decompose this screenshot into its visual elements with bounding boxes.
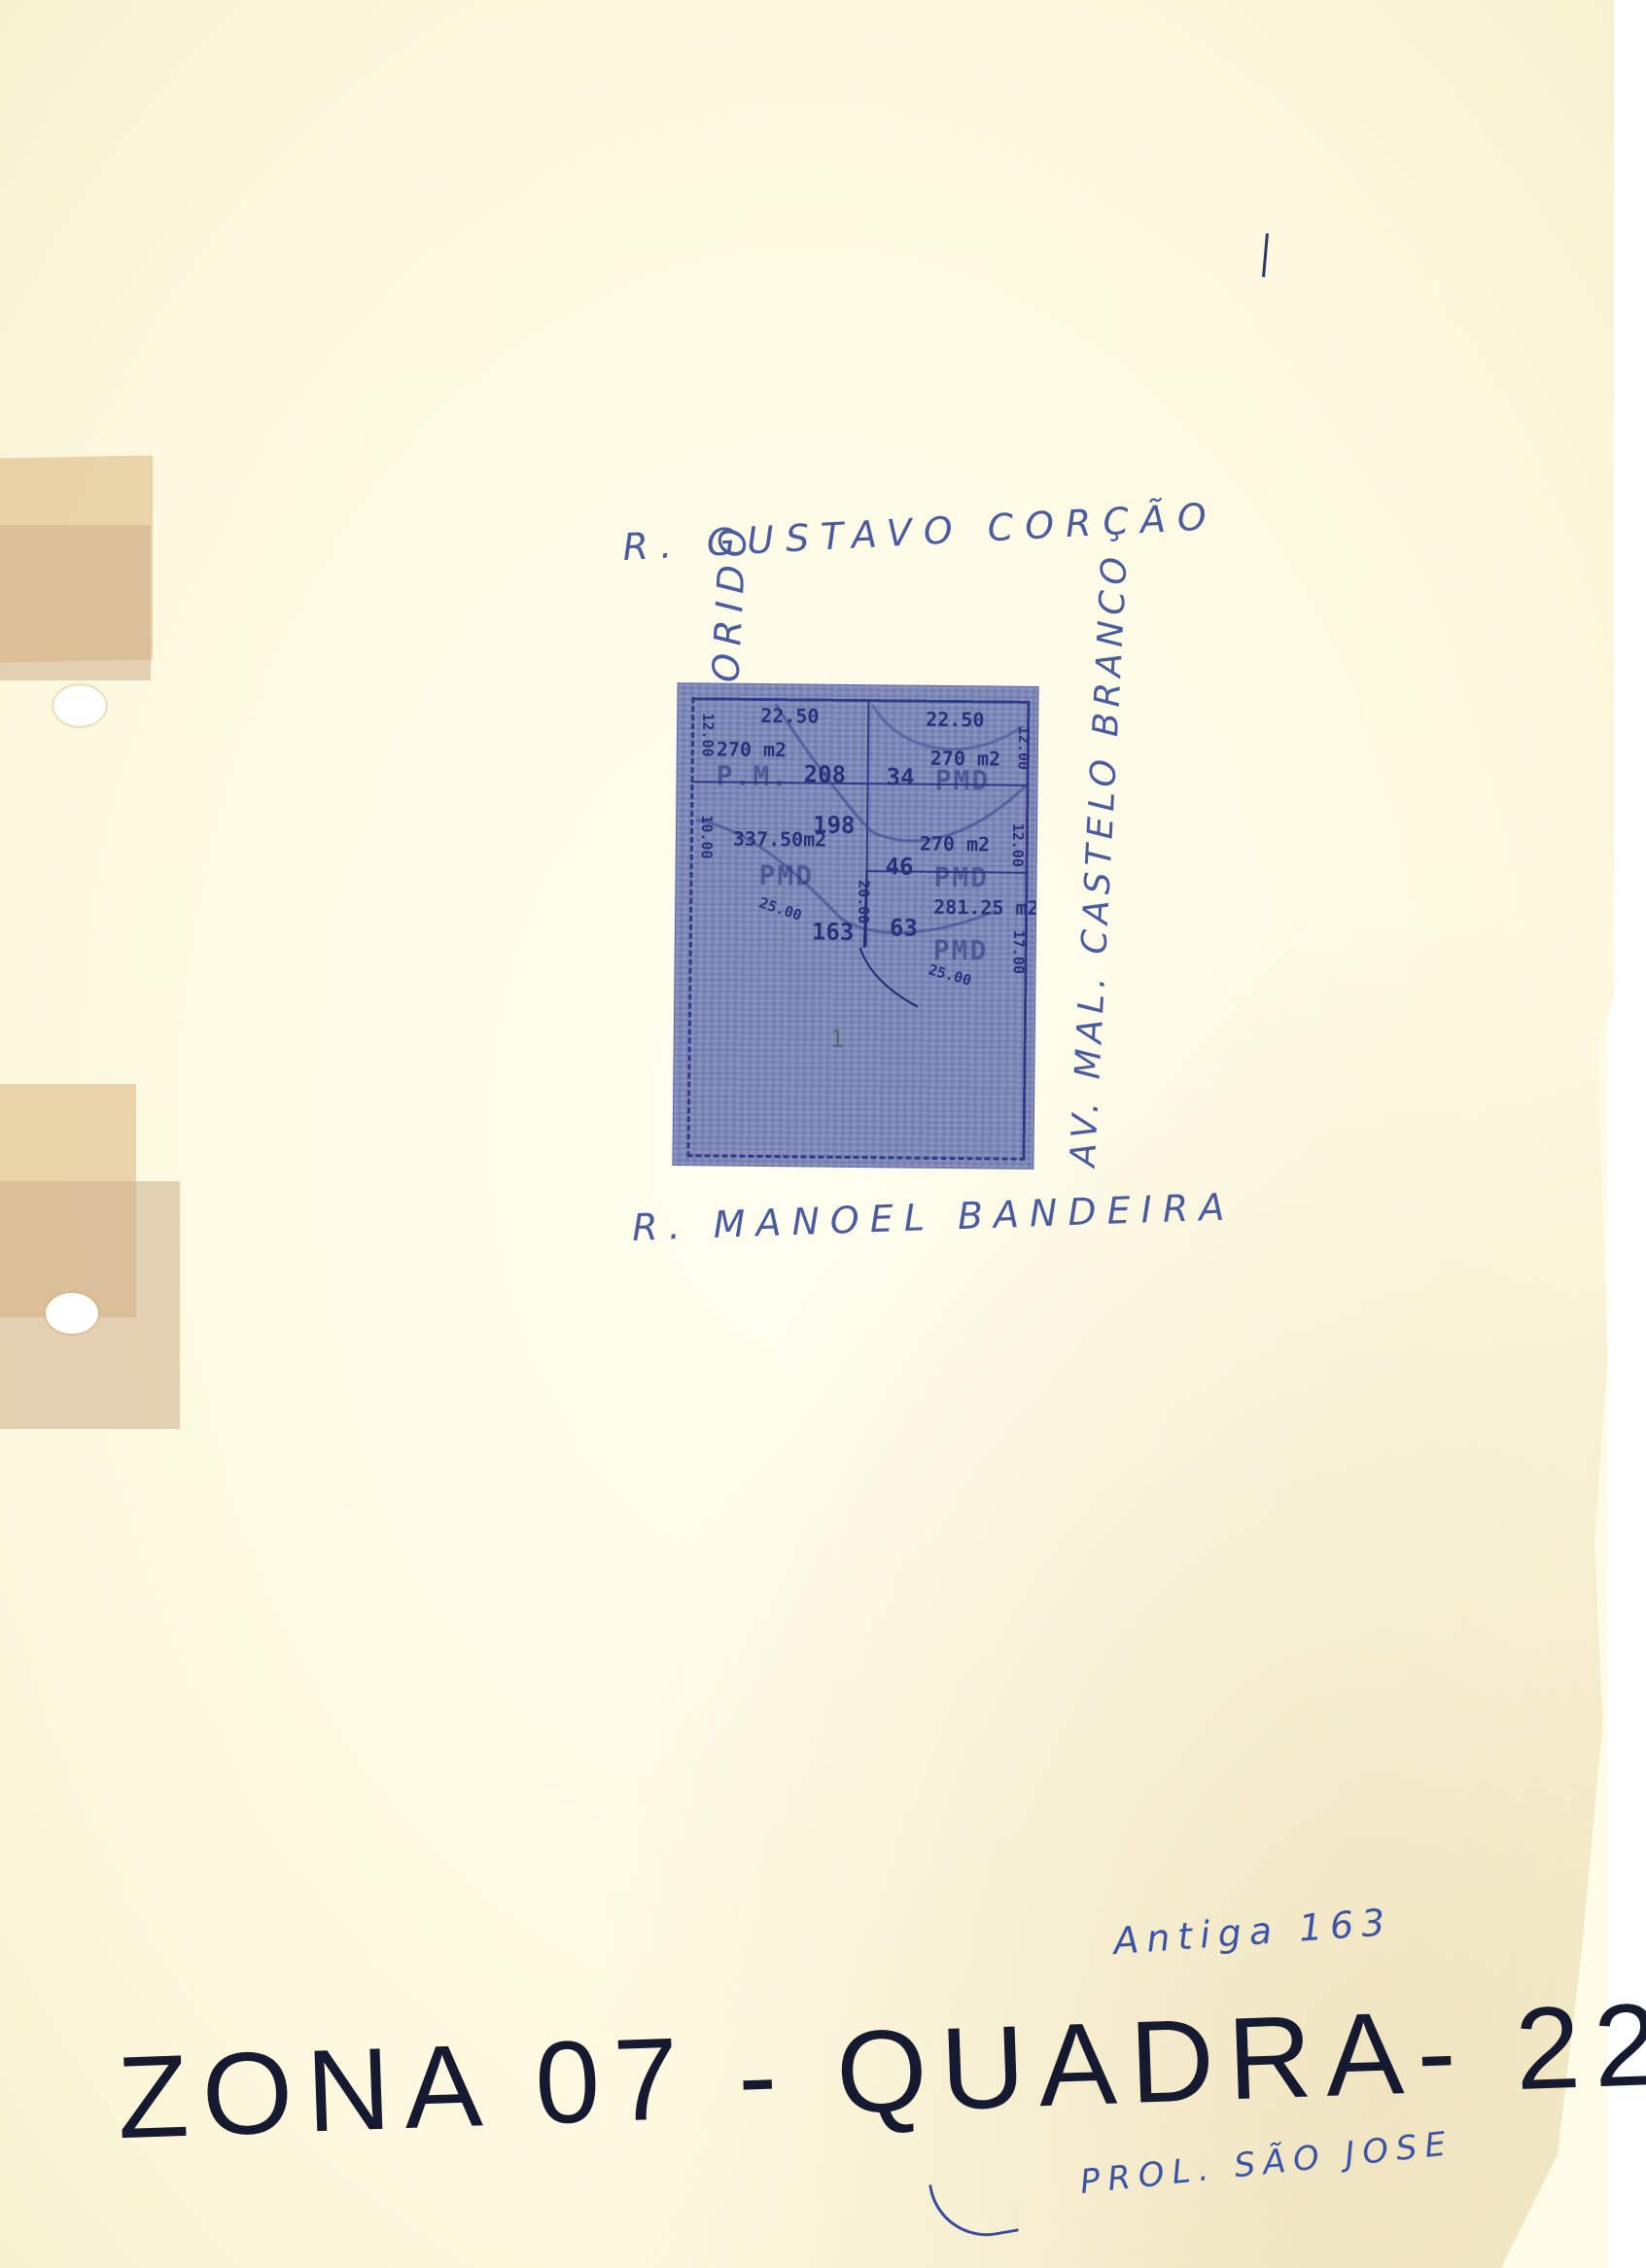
owner-tag: PMD <box>933 934 989 967</box>
lot-number: 208 <box>803 760 846 787</box>
lot-area: 337.50m2 <box>733 827 827 852</box>
lot-area: 270 m2 <box>920 832 990 856</box>
lot-side: 12.00 <box>1009 823 1027 867</box>
owner-tag: PMD <box>758 859 814 892</box>
owner-tag: PMD <box>934 764 990 797</box>
owner-tag: P.M. <box>716 759 789 792</box>
lot-number: 46 <box>885 853 913 880</box>
lot-side: 10.00 <box>698 815 716 858</box>
pencil-mark: 1 <box>830 1026 845 1053</box>
lot-number: 163 <box>812 919 855 946</box>
punch-hole-bottom <box>46 1293 98 1334</box>
punch-hole-top <box>53 685 106 726</box>
lot-number: 63 <box>890 914 918 941</box>
lot-number: 34 <box>886 763 914 790</box>
owner-tag: PMD <box>933 861 989 894</box>
lot-area: 281.25 m2 <box>933 895 1037 920</box>
lot-side: 12.00 <box>699 713 717 756</box>
lot-side: 17.00 <box>1009 930 1027 974</box>
lot-frontage: 22.50 <box>760 704 819 728</box>
lot-frontage: 22.50 <box>926 708 984 732</box>
lot-area: 270 m2 <box>717 737 787 761</box>
inner-dimension: 20.00 <box>855 880 872 924</box>
blueprint-map: 22.50 22.50 270 m2 270 m2 P.M. 208 34 PM… <box>673 683 1037 1169</box>
tape-strip-top-inner <box>0 525 151 680</box>
lot-side: 12.00 <box>1015 726 1033 770</box>
